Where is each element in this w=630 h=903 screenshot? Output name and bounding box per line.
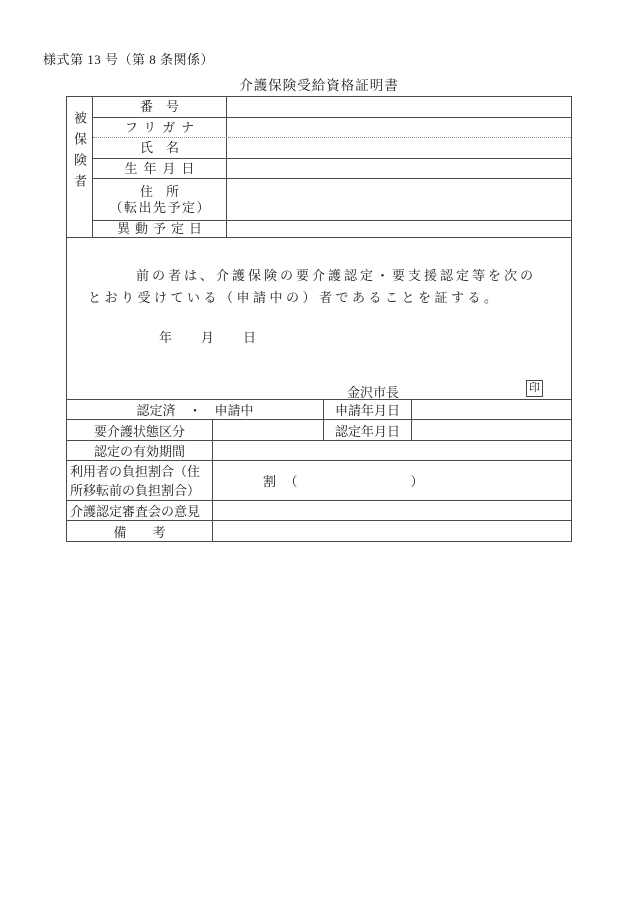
insured-group-label: 被保険者 (70, 111, 89, 195)
seal-stamp: 印 (526, 380, 543, 397)
document-page: 様式第 13 号（第 8 条関係） 介護保険受給資格証明書 被保険者 番 号 フ… (0, 0, 630, 903)
mayor-label: 金沢市長 (347, 382, 399, 401)
table-row-remarks: 備 考 (67, 521, 571, 541)
table-row-address: 住 所 （転出先予定） (93, 179, 571, 221)
birthdate-value-cell (227, 159, 571, 178)
birthdate-label: 生年月日 (93, 159, 227, 178)
table-row-committee-opinion: 介護認定審査会の意見 (67, 501, 571, 521)
committee-opinion-value-cell (213, 501, 571, 520)
table-row-status: 認定済 ・ 申請中 申請年月日 (67, 400, 571, 420)
name-label: 氏 名 (93, 138, 227, 158)
insured-group-cell: 被保険者 (67, 97, 93, 237)
burden-ratio-label-line1: 利用者の負担割合（住 (70, 462, 200, 481)
certification-table: 認定済 ・ 申請中 申請年月日 要介護状態区分 認定年月日 認定の有効期間 利用… (67, 400, 571, 541)
date-line: 年 月 日 (159, 327, 257, 346)
table-row-number: 番 号 (93, 97, 571, 118)
valid-period-label: 認定の有効期間 (67, 441, 213, 460)
burden-ratio-value-cell: 割 （ ） (213, 461, 571, 500)
certificate-body: 被保険者 番 号 フリガナ 氏 名 生年月日 (66, 96, 572, 542)
table-row-valid-period: 認定の有効期間 (67, 441, 571, 461)
care-level-value-cell (213, 420, 324, 440)
insured-table: 被保険者 番 号 フリガナ 氏 名 生年月日 (67, 97, 571, 237)
furigana-value-cell (227, 118, 571, 137)
burden-ratio-label-line2: 所移転前の負担割合） (70, 481, 200, 500)
move-date-value-cell (227, 221, 571, 237)
address-label-line1: 住 所 (140, 184, 179, 200)
application-date-label: 申請年月日 (324, 400, 412, 419)
statement-line2: とおり受けている（申請中の）者であることを証する。 (88, 287, 501, 306)
remarks-label: 備 考 (67, 521, 213, 541)
name-value-cell (227, 138, 571, 158)
form-number: 様式第 13 号（第 8 条関係） (43, 49, 214, 68)
address-label: 住 所 （転出先予定） (93, 179, 227, 220)
status-label: 認定済 ・ 申請中 (67, 400, 324, 419)
valid-period-value-cell (213, 441, 571, 460)
table-row-burden-ratio: 利用者の負担割合（住 所移転前の負担割合） 割 （ ） (67, 461, 571, 501)
address-label-line2: （転出先予定） (108, 200, 211, 216)
table-row-name: 氏 名 (93, 138, 571, 159)
furigana-label: フリガナ (93, 118, 227, 137)
table-row-move-date: 異動予定日 (93, 221, 571, 237)
committee-opinion-label: 介護認定審査会の意見 (67, 501, 213, 520)
certification-date-value-cell (412, 420, 571, 440)
statement-line1: 前の者は、介護保険の要介護認定・要支援認定等を次の (136, 265, 536, 284)
page-title: 介護保険受給資格証明書 (66, 74, 572, 94)
move-date-label: 異動予定日 (93, 221, 227, 237)
address-value-cell (227, 179, 571, 220)
burden-ratio-label: 利用者の負担割合（住 所移転前の負担割合） (67, 461, 213, 500)
statement-box: 前の者は、介護保険の要介護認定・要支援認定等を次の とおり受けている（申請中の）… (67, 237, 571, 400)
certification-date-label: 認定年月日 (324, 420, 412, 440)
insured-rows: 番 号 フリガナ 氏 名 生年月日 住 所 (93, 97, 571, 237)
table-row-birthdate: 生年月日 (93, 159, 571, 179)
table-row-care-level: 要介護状態区分 認定年月日 (67, 420, 571, 441)
number-label: 番 号 (93, 97, 227, 117)
remarks-value-cell (213, 521, 571, 541)
table-row-furigana: フリガナ (93, 118, 571, 138)
number-value-cell (227, 97, 571, 117)
care-level-label: 要介護状態区分 (67, 420, 213, 440)
application-date-value-cell (412, 400, 571, 419)
